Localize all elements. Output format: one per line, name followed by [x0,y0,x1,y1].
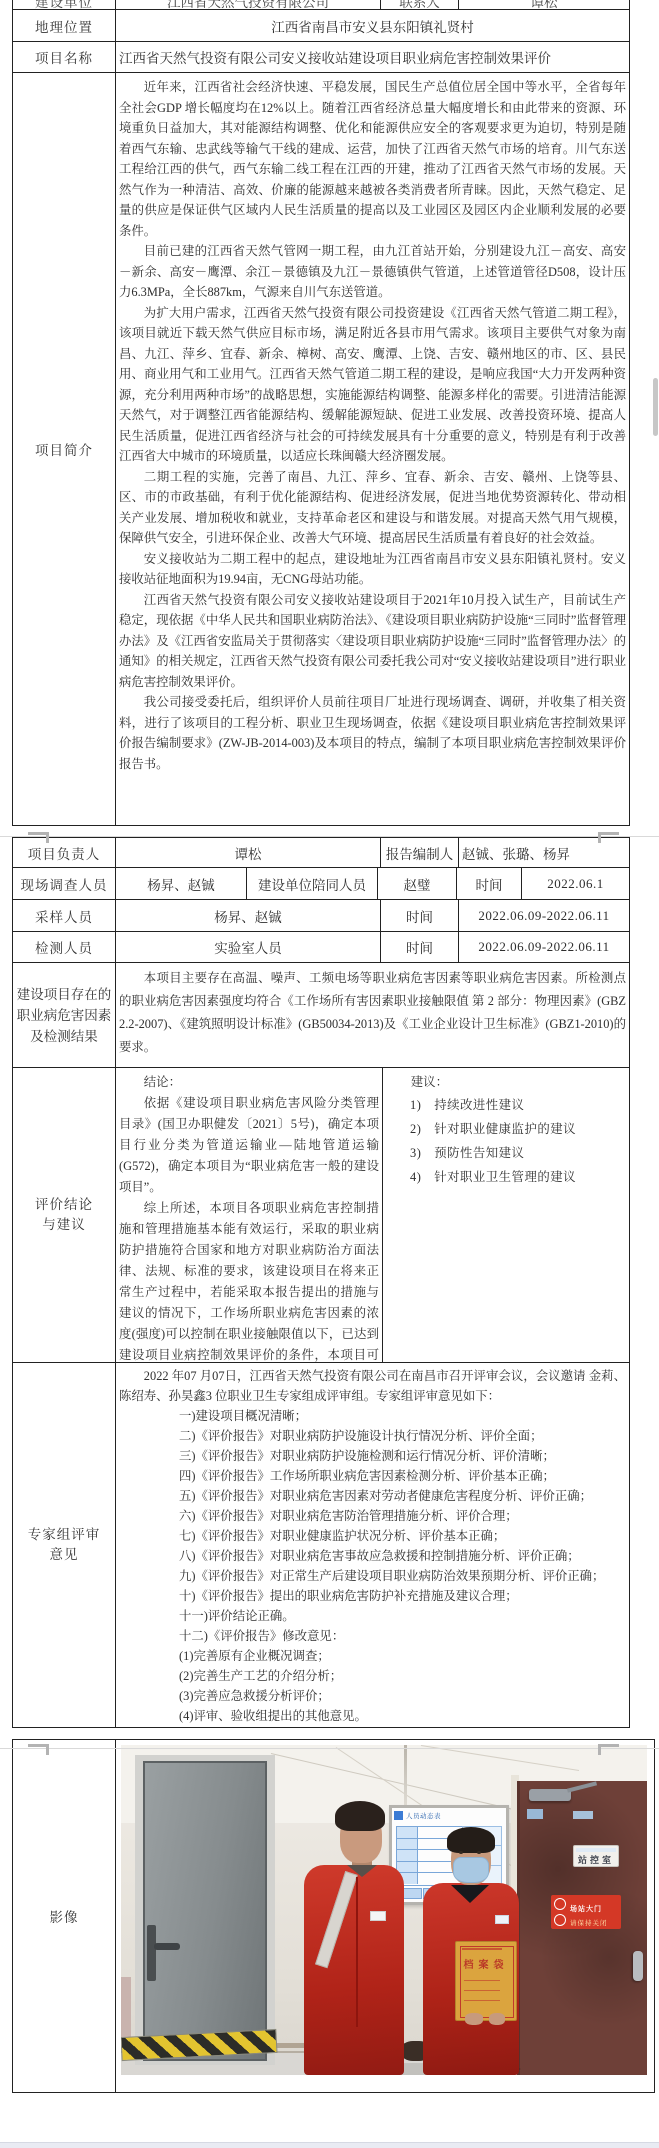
archive-envelope: 档案袋 [455,1941,517,2021]
intro-paragraph: 目前已建的江西省天然气管网一期工程，由九江首站开始，分别建设九江－高安、高安－新… [119,241,626,303]
table-row-sampling: 采样人员 杨昇、赵铖 时间 2022.06.09-2022.06.11 [13,900,629,932]
table-row-clipped: 建设单位 江西省天然气投资有限公司 联系人 谭松 [13,0,629,10]
clipped-text: 联系人 [381,0,458,9]
door-closer [529,1789,571,1801]
table-row-leader: 项目负责人 谭松 报告编制人 赵铖、张璐、杨昇 [13,838,629,868]
report-writer-label: 报告编制人 [381,838,459,867]
keep-door-closed-sign: 场站大门 请保持关闭 [551,1895,621,1929]
page-break-gap-2 [12,1728,630,1739]
document-page: 建设单位 江西省天然气投资有限公司 联系人 谭松 地理位置 江西省南昌市安义县东… [0,0,659,2148]
expert-opinion-item: 一)建设项目概况清晰； [119,1406,626,1426]
suggestion-column: 建议： 1) 持续改进性建议2) 针对职业健康监护的建议3) 预防性告知建议4)… [383,1068,629,1362]
table-row-expert-opinion: 专家组评审 意见 2022 年07 月07日，江西省天然气投资有限公司在南昌市召… [13,1363,629,1727]
table-photo: 影像 安全出口 [12,1739,655,2093]
expert-opinion-item: 四)《评价报告》工作场所职业病危害因素检测分析、评价基本正确； [119,1466,626,1486]
expert-opinion-item: (1)完善原有企业概况调查； [119,1646,626,1666]
testing-value: 实验室人员 [116,932,381,962]
person2-hand [489,2013,505,2025]
intro-paragraph: 二期工程的实施，完善了南昌、九江、萍乡、宜春、新余、吉安、赣州、上饶等县、区、市… [119,467,626,549]
clipped-cell-label: 建设单位 [13,0,116,9]
board-logo-icon [394,1811,403,1820]
suggestion-list: 1) 持续改进性建议2) 针对职业健康监护的建议3) 预防性告知建议4) 针对职… [386,1093,626,1189]
intro-paragraph: 我公司接受委托后，组织评价人员前往项目厂址进行现场调查、调研，并收集了相关资料，… [119,692,626,774]
board-header: 人员动态表 [394,1809,506,1822]
person2-badge [495,1915,509,1924]
clipped-text: 建设单位 [13,0,115,9]
gray-metal-door [143,1761,267,2061]
table-row-testing: 检测人员 实验室人员 时间 2022.06.09-2022.06.11 [13,932,629,963]
hazard-paragraph: 本项目主要存在高温、噪声、工频电场等职业病危害因素等职业病危害因素。所检测点的职… [119,967,626,1059]
expert-intro: 2022 年07 月07日，江西省天然气投资有限公司在南昌市召开评审会议，会议邀… [119,1366,626,1406]
testing-time-value: 2022.06.09-2022.06.11 [459,932,629,962]
conclusion-paragraph: 依据《建设项目职业病危害风险分类管理目录》(国卫办职健发〔2021〕5号)，确定… [119,1093,379,1198]
intro-paragraph: 安义接收站为二期工程中的起点，建设地址为江西省南昌市安义县东阳镇礼贤村。安义接收… [119,549,626,590]
location-label: 地理位置 [13,10,116,41]
envelope-title: 档案袋 [456,1956,516,1971]
testing-label: 检测人员 [13,932,116,962]
brown-door-handle [633,1951,643,1981]
wall-corner-shadow [404,1745,407,1807]
report-document: 建设单位 江西省天然气投资有限公司 联系人 谭松 地理位置 江西省南昌市安义县东… [12,0,630,2093]
survey-value: 杨昇、赵铖 [116,868,247,899]
blue-tape [527,1809,543,1819]
viewport-bottom-bar [0,2142,659,2148]
door-handle-plate [147,1925,156,1981]
red-sign-line1: 场站大门 [570,1905,602,1913]
suggestion-item: 3) 预防性告知建议 [386,1141,626,1165]
table-row-project-name: 项目名称 江西省天然气投资有限公司安义接收站建设项目职业病危害控制效果评价 [13,42,629,73]
expert-opinion-item: 十)《评价报告》提出的职业病危害防护补充措施及建议合理； [119,1586,626,1606]
board-title: 人员动态表 [406,1811,441,1820]
door-handle-lever [154,1943,180,1950]
plate-header-strip [576,1848,616,1852]
person1-zipper [356,1877,358,2027]
expert-label-line2: 意见 [50,1545,79,1565]
sampling-label: 采样人员 [13,900,116,931]
expert-opinion-item: 十一)评价结论正确。 [119,1606,626,1626]
page-break-mark [598,832,619,843]
conclusion-paragraphs: 依据《建设项目职业病危害风险分类管理目录》(国卫办职健发〔2021〕5号)，确定… [119,1093,379,1362]
expert-opinion-item: 三)《评价报告》对职业病防护设施检测和运行情况分析、评价清晰； [119,1446,626,1466]
site-photo: 安全出口 人员动态表 [121,1745,647,2075]
expert-item-list: 一)建设项目概况清晰；二)《评价报告》对职业病防护设施设计执行情况分析、评价全面… [119,1406,626,1726]
clipped-cell-key: 联系人 [381,0,459,9]
clipped-text: 谭松 [459,0,629,9]
project-intro-label: 项目简介 [13,73,116,825]
project-name-label: 项目名称 [13,42,116,72]
sampling-time-label: 时间 [381,900,459,931]
page-break-line [0,1748,659,1749]
suggestion-item: 1) 持续改进性建议 [386,1093,626,1117]
person1-body [304,1865,404,2075]
clipped-cell-value: 江西省天然气投资有限公司 [116,0,381,9]
expert-opinion-item: 八)《评价报告》对职业病危害事故应急救援和控制措施分析、评价正确； [119,1546,626,1566]
envelope-company-line [462,1948,502,1950]
conclusion-label-line2: 与建议 [42,1215,86,1235]
red-sign-line2: 请保持关闭 [570,1918,618,1927]
table-row-location: 地理位置 江西省南昌市安义县东阳镇礼贤村 [13,10,629,42]
survey-time-value: 2022.06.1 [522,868,629,899]
survey-time-label: 时间 [457,868,522,899]
conclusion-column: 结论： 依据《建设项目职业病危害风险分类管理目录》(国卫办职健发〔2021〕5号… [116,1068,383,1362]
escort-value: 赵璧 [378,868,457,899]
table-row-photo: 影像 安全出口 [13,1740,654,2092]
location-value: 江西省南昌市安义县东阳镇礼贤村 [116,10,629,41]
expert-opinion-text: 2022 年07 月07日，江西省天然气投资有限公司在南昌市召开评审会议，会议邀… [116,1363,629,1727]
expert-opinion-item: 五)《评价报告》对职业病危害因素对劳动者健康危害程度分析、评价正确； [119,1486,626,1506]
person2-hand [465,2013,483,2025]
photo-label: 影像 [13,1740,116,2092]
expert-opinion-item: 九)《评价报告》对正常生产后建设项目职业病防治效果预期分析、评价正确； [119,1566,626,1586]
sampling-value: 杨昇、赵铖 [116,900,381,931]
clipped-text: 江西省天然气投资有限公司 [116,0,380,9]
expert-label: 专家组评审 意见 [13,1363,116,1727]
table-project-overview: 建设单位 江西省天然气投资有限公司 联系人 谭松 地理位置 江西省南昌市安义县东… [12,0,630,826]
expert-opinion-item: (4)评审、验收组提出的其他意见。 [119,1706,626,1726]
intro-paragraph: 近年来，江西省社会经济快速、平稳发展，国民生产总值位居全国中等水平，全省每年全社… [119,77,626,241]
table-row-conclusion: 评价结论 与建议 结论： 依据《建设项目职业病危害风险分类管理目录》(国卫办职健… [13,1068,629,1363]
face-mask [453,1857,489,1883]
clipped-cell-value2: 谭松 [459,0,629,9]
page-break-mark [28,832,49,843]
scrollbar-thumb[interactable] [653,378,658,436]
person1-badge [370,1911,386,1921]
conclusion-paragraph: 综上所述，本项目各项职业病危害控制措施和管理措施基本能有效运行，采取的职业病防护… [119,1198,379,1362]
suggestion-header: 建议： [386,1072,626,1093]
hazard-label-text: 建设项目存在的职业病危害因素及检测结果 [16,984,112,1047]
control-room-plate: 站控室 [573,1845,619,1867]
conclusion-label: 评价结论 与建议 [13,1068,116,1362]
escort-label: 建设单位陪同人员 [247,868,378,899]
hazard-text: 本项目主要存在高温、噪声、工频电场等职业病危害因素等职业病危害因素。所检测点的职… [116,963,629,1067]
project-intro-text: 近年来，江西省社会经济快速、平稳发展，国民生产总值位居全国中等水平，全省每年全社… [116,73,629,825]
person1-hair [335,1801,385,1831]
intro-paragraph: 江西省天然气投资有限公司安义接收站建设项目于2021年10月投入试生产，目前试生… [119,590,626,693]
survey-label: 现场调查人员 [13,868,116,899]
leader-value: 谭松 [116,838,381,867]
person2-hair [447,1827,495,1853]
table-row-hazard-factors: 建设项目存在的职业病危害因素及检测结果 本项目主要存在高温、噪声、工频电场等职业… [13,963,629,1068]
intro-paragraph: 为扩大用户需求，江西省天然气投资有限公司投资建设《江西省天然气管道二期工程》，该… [119,303,626,467]
person2-eye [477,1851,481,1854]
page-break-mark [28,1744,49,1755]
suggestion-item: 4) 针对职业卫生管理的建议 [386,1165,626,1189]
blue-tape [573,1811,593,1819]
page-break-line [0,836,659,837]
sign-pictogram-icons [554,1898,567,1926]
sampling-time-value: 2022.06.09-2022.06.11 [459,900,629,931]
page-break-mark [598,1744,619,1755]
table-row-survey: 现场调查人员 杨昇、赵铖 建设单位陪同人员 赵璧 时间 2022.06.1 [13,868,629,900]
expert-opinion-item: 二)《评价报告》对职业病防护设施设计执行情况分析、评价全面； [119,1426,626,1446]
conclusion-label-line1: 评价结论 [35,1195,93,1215]
photo-cell: 安全出口 人员动态表 [116,1740,654,2092]
expert-opinion-item: (3)完善应急救援分析评价； [119,1686,626,1706]
expert-opinion-item: (2)完善生产工艺的介绍分析； [119,1666,626,1686]
project-name-value: 江西省天然气投资有限公司安义接收站建设项目职业病危害控制效果评价 [116,42,629,72]
suggestion-item: 2) 针对职业健康监护的建议 [386,1117,626,1141]
control-room-plate-text: 站控室 [574,1853,618,1866]
hazard-label: 建设项目存在的职业病危害因素及检测结果 [13,963,116,1067]
table-evaluation-details: 项目负责人 谭松 报告编制人 赵铖、张璐、杨昇 现场调查人员 杨昇、赵铖 建设单… [12,837,630,1728]
testing-time-label: 时间 [381,932,459,962]
person2-eye [459,1851,463,1854]
expert-opinion-item: 七)《评价报告》对职业健康监护状况分析、评价基本正确； [119,1526,626,1546]
table-row-project-intro: 项目简介 近年来，江西省社会经济快速、平稳发展，国民生产总值位居全国中等水平，全… [13,73,629,825]
expert-label-line1: 专家组评审 [28,1525,101,1545]
expert-opinion-item: 六)《评价报告》对职业病危害防治管理措施分析、评价合理； [119,1506,626,1526]
expert-opinion-item: 十二)《评价报告》修改意见： [119,1626,626,1646]
conclusion-header: 结论： [119,1072,379,1093]
